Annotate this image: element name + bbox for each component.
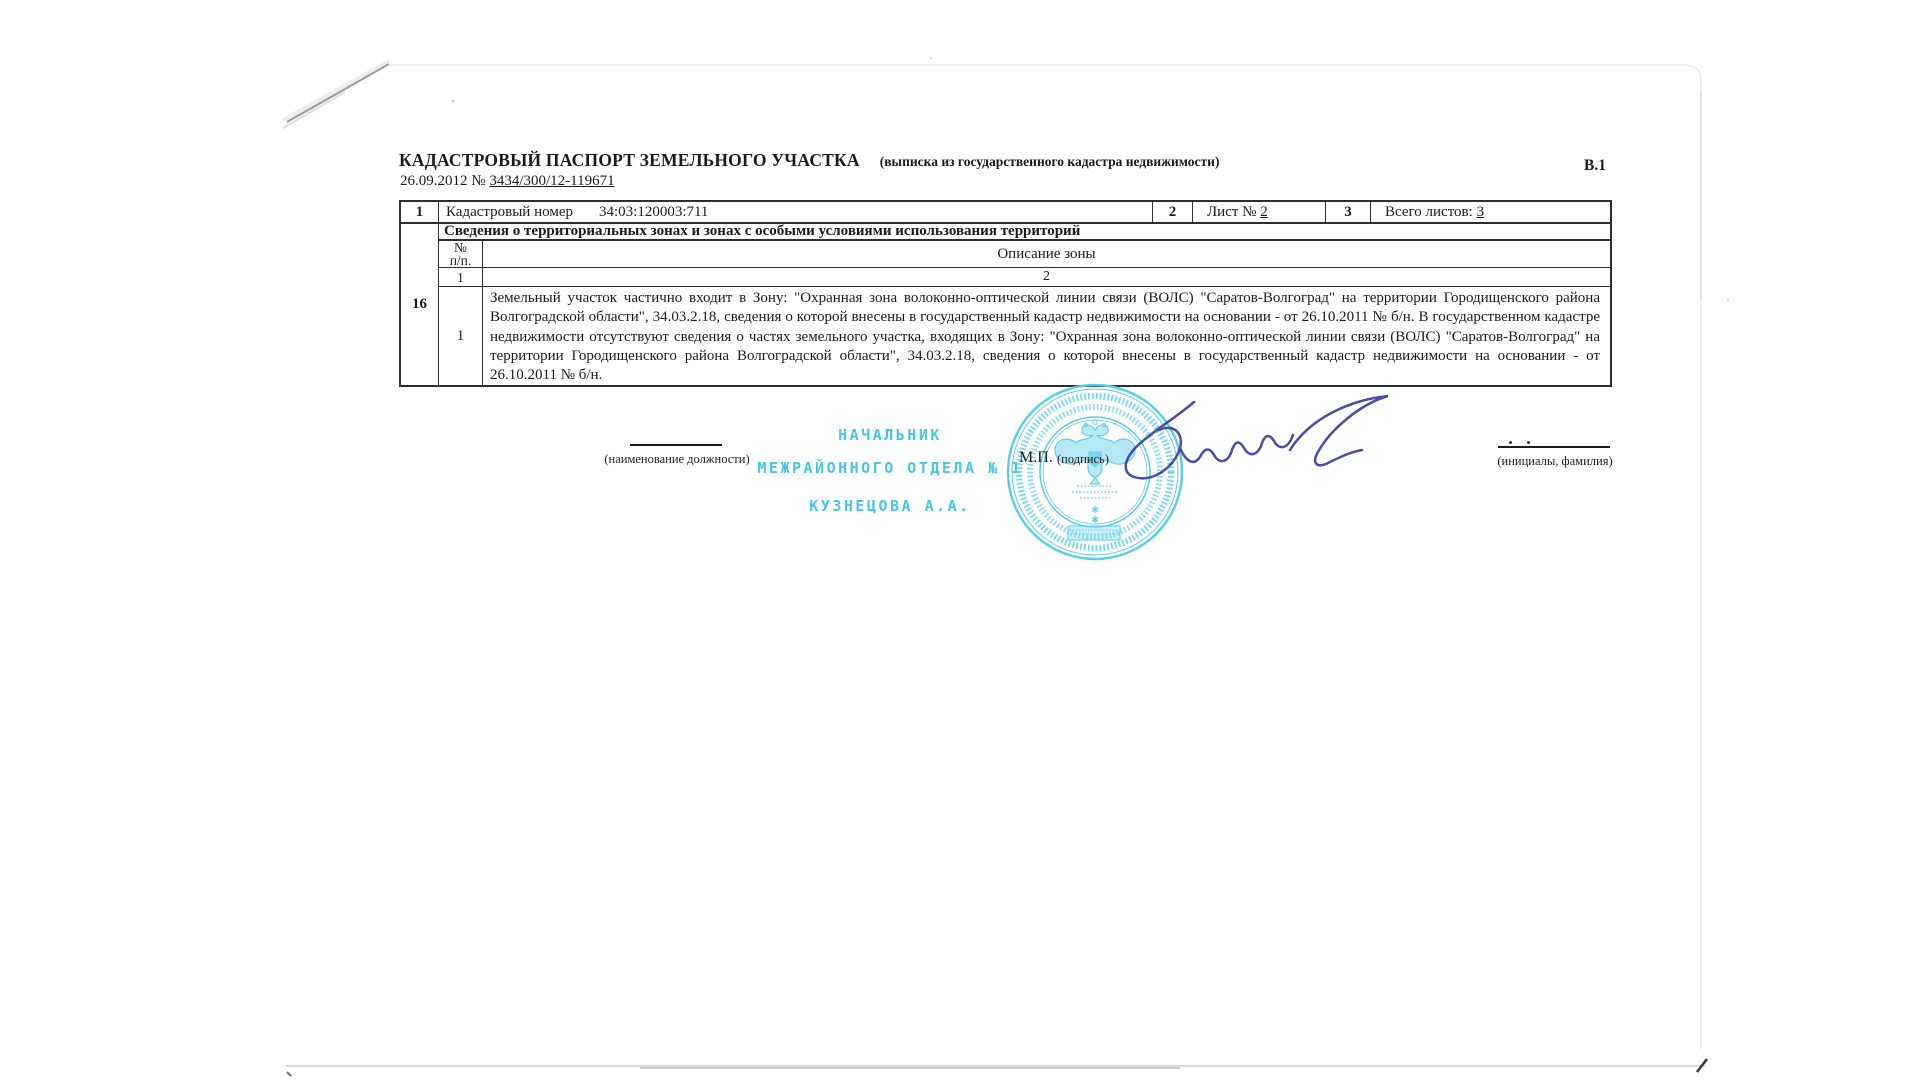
stamp-text-line3: КУЗНЕЦОВА А.А. xyxy=(755,497,1025,515)
total-sheets-label: Всего листов: xyxy=(1385,204,1473,221)
initials-caption: (инициалы, фамилия) xyxy=(1490,454,1620,469)
initials-dot xyxy=(1527,441,1530,444)
signature-caption: (подпись) xyxy=(1057,452,1109,467)
cell-sheet-number: Лист № 2 xyxy=(1193,202,1326,222)
section-title: Сведения о территориальных зонах и зонах… xyxy=(439,224,1610,241)
table-subheader-row: № п/п. Описание зоны xyxy=(439,241,1610,268)
zone-description-text: Земельный участок частично входит в Зону… xyxy=(483,287,1610,385)
cadastral-number-value: 34:03:120003:711 xyxy=(599,204,708,221)
mp-label: М.П. xyxy=(1019,449,1053,467)
column-header-num: № п/п. xyxy=(439,241,483,267)
column-header-description: Описание зоны xyxy=(483,241,1610,267)
position-signature-line xyxy=(630,444,722,446)
document-number: 3434/300/12-119671 xyxy=(489,173,614,189)
sheet-number: 2 xyxy=(1260,204,1268,221)
page-subtitle: (выписка из государственного кадастра не… xyxy=(880,154,1220,169)
scanned-page: КАДАСТРОВЫЙ ПАСПОРТ ЗЕМЕЛЬНОГО УЧАСТКА (… xyxy=(0,0,1920,1080)
column-number-1: 1 xyxy=(439,268,483,286)
form-code: В.1 xyxy=(1584,157,1606,175)
total-sheets-number: 3 xyxy=(1477,204,1485,221)
section-index: 16 xyxy=(401,224,439,385)
table-body: 16 Сведения о территориальных зонах и зо… xyxy=(401,224,1610,385)
cadastral-table: 1 Кадастровый номер 34:03:120003:711 2 Л… xyxy=(399,200,1612,387)
cell-cadastral-number: Кадастровый номер 34:03:120003:711 xyxy=(439,202,1153,222)
column-numbers-row: 1 2 xyxy=(439,268,1610,287)
document-header: КАДАСТРОВЫЙ ПАСПОРТ ЗЕМЕЛЬНОГО УЧАСТКА (… xyxy=(399,150,1219,171)
sheet-label: Лист № xyxy=(1207,204,1256,221)
handwritten-signature xyxy=(1112,390,1402,490)
stamp-text-line2: МЕЖРАЙОННОГО ОТДЕЛА № 1 xyxy=(755,459,1025,477)
stamp-text-line1: НАЧАЛЬНИК xyxy=(755,426,1025,444)
seal-asterisks xyxy=(1092,506,1098,523)
initials-dot xyxy=(1509,441,1512,444)
table-row-cadastral-number: 1 Кадастровый номер 34:03:120003:711 2 Л… xyxy=(401,202,1610,224)
cell-total-sheets: Всего листов: 3 xyxy=(1371,202,1610,222)
column-number-2: 2 xyxy=(483,268,1610,286)
seal-bottom-box xyxy=(1068,526,1120,540)
initials-signature-line xyxy=(1498,446,1610,448)
cell-index-3: 3 xyxy=(1326,202,1371,222)
page-title: КАДАСТРОВЫЙ ПАСПОРТ ЗЕМЕЛЬНОГО УЧАСТКА xyxy=(399,150,860,170)
document-number-line: 26.09.2012 № 3434/300/12-119671 xyxy=(400,173,615,190)
document-date: 26.09.2012 № xyxy=(400,173,486,189)
zone-row-number: 1 xyxy=(439,287,483,385)
cell-index-2: 2 xyxy=(1153,202,1193,222)
position-caption: (наименование должности) xyxy=(598,452,756,467)
zone-row: 1 Земельный участок частично входит в Зо… xyxy=(439,287,1610,385)
cell-index-1: 1 xyxy=(401,202,439,222)
cadastral-number-label: Кадастровый номер xyxy=(446,204,573,221)
